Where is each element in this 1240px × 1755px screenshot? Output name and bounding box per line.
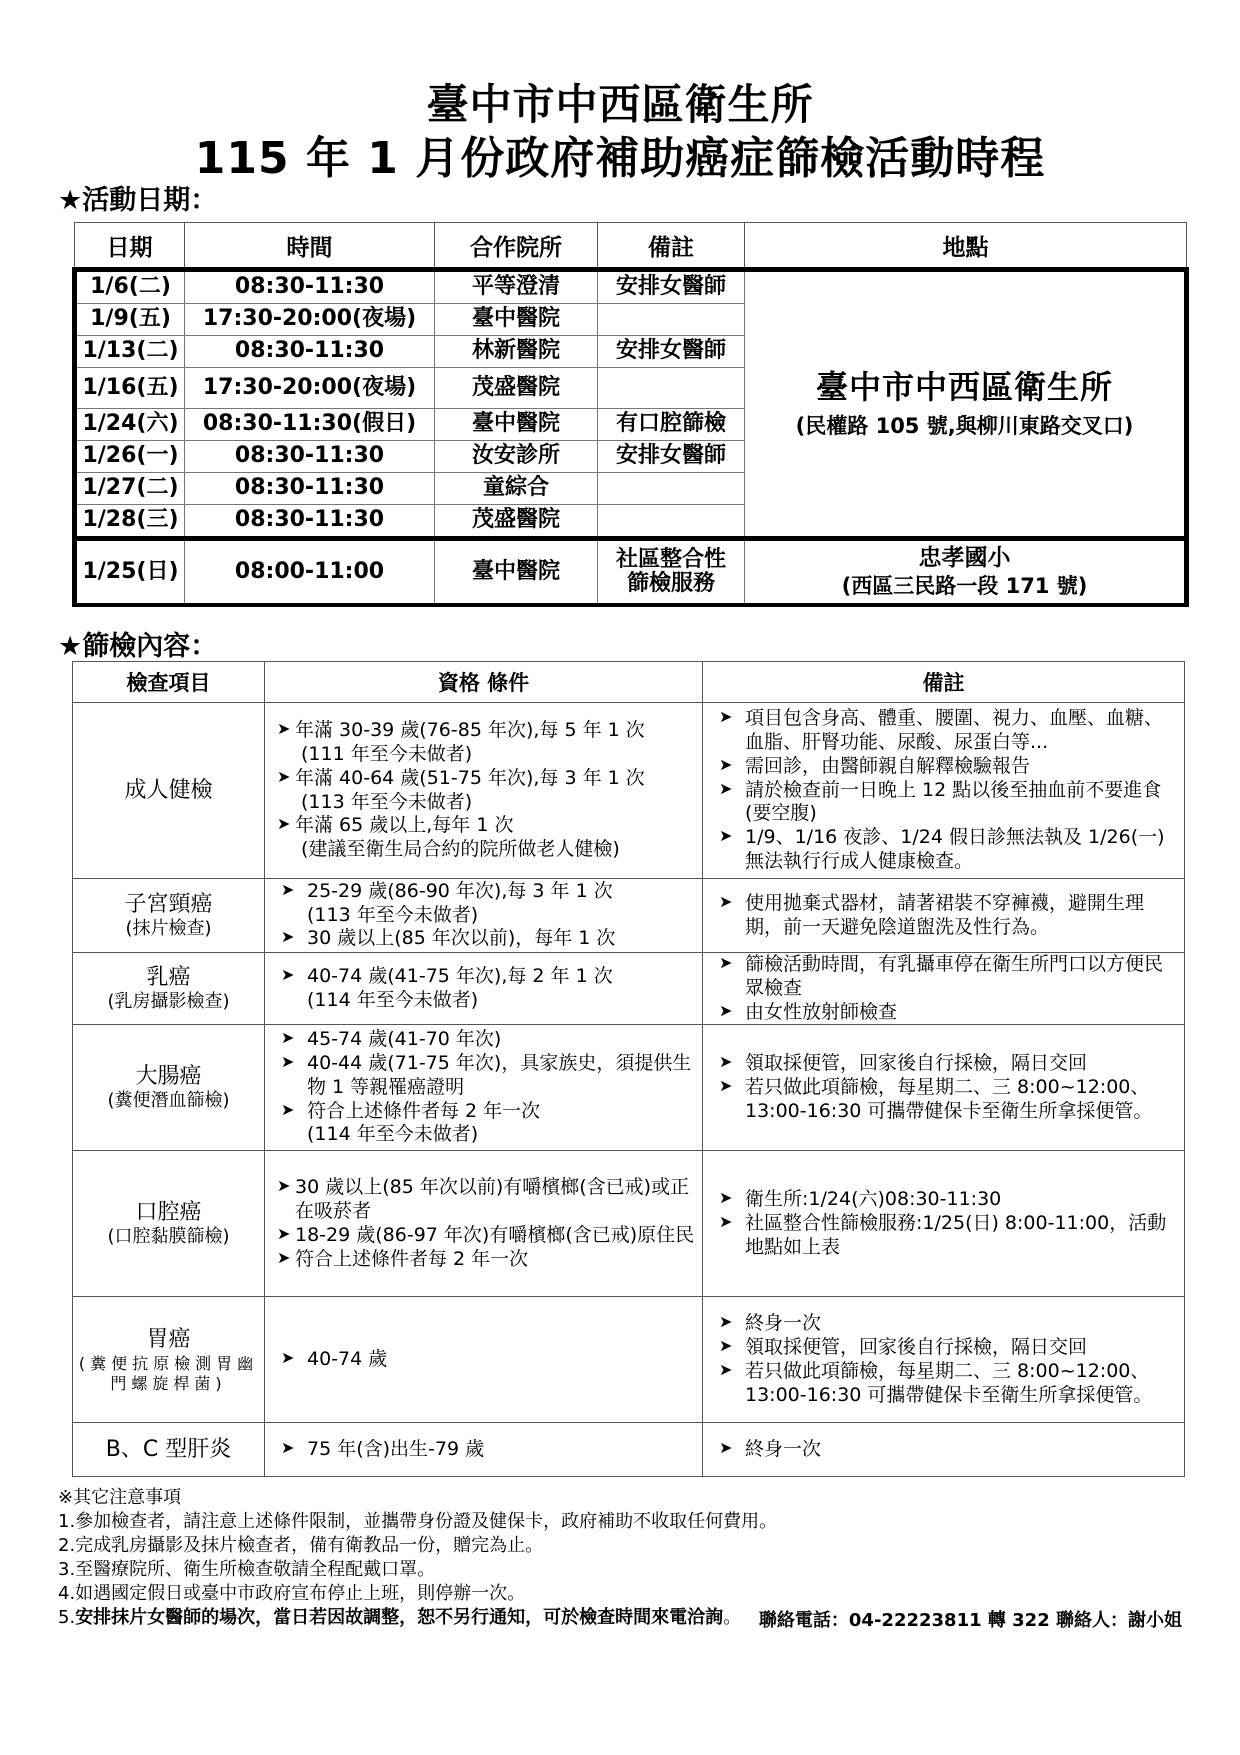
arrowhead-bullet-icon: ➤ <box>277 814 290 834</box>
item-name: B、C 型肝炎 <box>106 1437 231 1462</box>
location-name: 忠孝國小 <box>745 546 1184 571</box>
note-item: ➤由女性放射師檢查 <box>715 1001 1178 1025</box>
date-cell: 1/28(三) <box>75 505 185 539</box>
conditions-cell: ➤75 年(含)出生-79 歲 <box>265 1423 703 1477</box>
location-cell-community: 忠孝國小 (西區三民路一段 171 號) <box>745 539 1187 606</box>
item-method: (糞便抗原檢測胃幽門螺旋桿菌) <box>73 1354 264 1394</box>
item-method: (乳房攝影檢查) <box>73 991 264 1014</box>
col-header-time: 時間 <box>185 223 435 270</box>
condition-item: ➤45-74 歲(41-70 年次) <box>277 1028 696 1052</box>
arrowhead-bullet-icon: ➤ <box>281 927 294 947</box>
partner-cell: 平等澄清 <box>435 270 598 304</box>
location-address: (民權路 105 號,與柳川東路交叉口) <box>745 415 1184 438</box>
item-name: 乳癌 <box>146 965 190 990</box>
condition-item: ➤年滿 40-64 歲(51-75 年次),每 3 年 1 次(113 年至今未… <box>277 767 696 815</box>
arrowhead-bullet-icon: ➤ <box>719 1336 732 1356</box>
item-name: 子宮頸癌 <box>124 892 212 917</box>
note-cell: 有口腔篩檢 <box>598 409 745 441</box>
time-cell: 08:30-11:30(假日) <box>185 409 435 441</box>
item-cell: 成人健檢 <box>73 703 265 879</box>
partner-cell: 臺中醫院 <box>435 409 598 441</box>
condition-item: ➤30 歲以上(85 年次以前)有嚼檳榔(含已戒)或正在吸菸者 <box>277 1176 696 1224</box>
time-cell: 08:30-11:30 <box>185 270 435 304</box>
time-cell: 08:00-11:00 <box>185 539 435 606</box>
note-item: ➤領取採便管，回家後自行採檢，隔日交回 <box>715 1052 1178 1076</box>
schedule-header-row: 日期 時間 合作院所 備註 地點 <box>75 223 1187 270</box>
arrowhead-bullet-icon: ➤ <box>719 1188 732 1208</box>
arrowhead-bullet-icon: ➤ <box>277 1224 290 1244</box>
other-note-item-5: 5.安排抹片女醫師的場次，當日若因故調整，恕不另行通知，可於檢查時間來電洽詢。 <box>58 1606 777 1630</box>
item-cell: 口腔癌(口腔黏膜篩檢) <box>73 1151 265 1297</box>
schedule-row-community: 1/25(日) 08:00-11:00 臺中醫院 社區整合性 篩檢服務 忠孝國小… <box>75 539 1187 606</box>
arrowhead-bullet-icon: ➤ <box>281 965 294 985</box>
note-cell: 安排女醫師 <box>598 336 745 368</box>
note-item: ➤項目包含身高、體重、腰圍、視力、血壓、血糖、血脂、肝腎功能、尿酸、尿蛋白等..… <box>715 707 1178 755</box>
content-row-cervical-cancer: 子宮頸癌(抹片檢查) ➤25-29 歲(86-90 年次),每 3 年 1 次(… <box>73 879 1185 953</box>
content-row-colorectal-cancer: 大腸癌(糞便潛血篩檢) ➤45-74 歲(41-70 年次) ➤40-44 歲(… <box>73 1025 1185 1151</box>
date-cell: 1/13(二) <box>75 336 185 368</box>
note-line: 社區整合性 <box>598 548 744 572</box>
partner-cell: 茂盛醫院 <box>435 505 598 539</box>
content-row-adult-checkup: 成人健檢 ➤年滿 30-39 歲(76-85 年次),每 5 年 1 次(111… <box>73 703 1185 879</box>
notes-cell: ➤項目包含身高、體重、腰圍、視力、血壓、血糖、血脂、肝腎功能、尿酸、尿蛋白等..… <box>703 703 1185 879</box>
date-cell: 1/24(六) <box>75 409 185 441</box>
conditions-cell: ➤40-74 歲(41-75 年次),每 2 年 1 次(114 年至今未做者) <box>265 953 703 1025</box>
note-item: ➤若只做此項篩檢，每星期二、三 8:00~12:00、13:00-16:30 可… <box>715 1360 1178 1408</box>
note-cell: 安排女醫師 <box>598 270 745 304</box>
time-cell: 08:30-11:30 <box>185 441 435 473</box>
time-cell: 17:30-20:00(夜場) <box>185 304 435 336</box>
condition-item: ➤18-29 歲(86-97 年次)有嚼檳榔(含已戒)原住民 <box>277 1224 696 1248</box>
arrowhead-bullet-icon: ➤ <box>719 953 732 973</box>
arrowhead-bullet-icon: ➤ <box>719 1212 732 1232</box>
item-cell: B、C 型肝炎 <box>73 1423 265 1477</box>
note-item: ➤社區整合性篩檢服務:1/25(日) 8:00-11:00，活動地點如上表 <box>715 1212 1178 1260</box>
note-item: ➤使用拋棄式器材，請著裙裝不穿褲襪，避開生理期，前一天避免陰道盥洗及性行為。 <box>715 892 1178 940</box>
note-cell: 安排女醫師 <box>598 441 745 473</box>
notes-cell: ➤衛生所:1/24(六)08:30-11:30 ➤社區整合性篩檢服務:1/25(… <box>703 1151 1185 1297</box>
date-cell: 1/16(五) <box>75 368 185 409</box>
arrowhead-bullet-icon: ➤ <box>719 1438 732 1458</box>
condition-item: ➤75 年(含)出生-79 歲 <box>277 1438 696 1462</box>
arrowhead-bullet-icon: ➤ <box>719 1360 732 1380</box>
arrowhead-bullet-icon: ➤ <box>719 779 732 799</box>
conditions-cell: ➤45-74 歲(41-70 年次) ➤40-44 歲(71-75 年次)，具家… <box>265 1025 703 1151</box>
partner-cell: 茂盛醫院 <box>435 368 598 409</box>
col-header-conditions: 資格 條件 <box>265 662 703 703</box>
note-cell <box>598 368 745 409</box>
arrowhead-bullet-icon: ➤ <box>281 1100 294 1120</box>
item-name: 口腔癌 <box>135 1200 201 1225</box>
arrowhead-bullet-icon: ➤ <box>281 880 294 900</box>
other-note-item: 4.如遇國定假日或臺中市政府宣布停止上班，則停辦一次。 <box>58 1582 777 1606</box>
item-cell: 乳癌(乳房攝影檢查) <box>73 953 265 1025</box>
item-method: (口腔黏膜篩檢) <box>73 1226 264 1249</box>
item-method: (糞便潛血篩檢) <box>73 1090 264 1113</box>
partner-cell: 汝安診所 <box>435 441 598 473</box>
arrowhead-bullet-icon: ➤ <box>281 1028 294 1048</box>
content-section-heading: ★篩檢內容： <box>58 624 217 663</box>
location-address: (西區三民路一段 171 號) <box>745 575 1184 598</box>
other-note-item: 3.至醫療院所、衛生所檢查敬請全程配戴口罩。 <box>58 1558 777 1582</box>
arrowhead-bullet-icon: ➤ <box>719 892 732 912</box>
condition-item: ➤40-74 歲(41-75 年次),每 2 年 1 次(114 年至今未做者) <box>277 965 696 1013</box>
page-title-schedule: 115 年 1 月份政府補助癌症篩檢活動時程 <box>0 122 1240 186</box>
content-row-hepatitis: B、C 型肝炎 ➤75 年(含)出生-79 歲 ➤終身一次 <box>73 1423 1185 1477</box>
conditions-cell: ➤25-29 歲(86-90 年次),每 3 年 1 次(113 年至今未做者)… <box>265 879 703 953</box>
time-cell: 08:30-11:30 <box>185 473 435 505</box>
col-header-location: 地點 <box>745 223 1187 270</box>
other-notes: ※其它注意事項 1.參加檢查者，請注意上述條件限制，並攜帶身份證及健保卡，政府補… <box>58 1486 777 1630</box>
arrowhead-bullet-icon: ➤ <box>719 826 732 846</box>
date-cell: 1/6(二) <box>75 270 185 304</box>
arrowhead-bullet-icon: ➤ <box>719 1052 732 1072</box>
item-cell: 子宮頸癌(抹片檢查) <box>73 879 265 953</box>
note-line: 篩檢服務 <box>598 572 744 596</box>
arrowhead-bullet-icon: ➤ <box>719 1076 732 1096</box>
notes-cell: ➤篩檢活動時間，有乳攝車停在衛生所門口以方便民眾檢查 ➤由女性放射師檢查 <box>703 953 1185 1025</box>
col-header-note: 備註 <box>598 223 745 270</box>
date-cell: 1/25(日) <box>75 539 185 606</box>
schedule-section-heading: ★活動日期： <box>58 178 217 217</box>
notes-cell: ➤使用拋棄式器材，請著裙裝不穿褲襪，避開生理期，前一天避免陰道盥洗及性行為。 <box>703 879 1185 953</box>
notes-cell: ➤終身一次 ➤領取採便管，回家後自行採檢，隔日交回 ➤若只做此項篩檢，每星期二、… <box>703 1297 1185 1423</box>
arrowhead-bullet-icon: ➤ <box>719 1001 732 1021</box>
date-cell: 1/27(二) <box>75 473 185 505</box>
location-name: 臺中市中西區衛生所 <box>745 370 1184 405</box>
note-cell <box>598 304 745 336</box>
condition-item: ➤年滿 65 歲以上,每年 1 次(建議至衛生局合約的院所做老人健檢) <box>277 814 696 862</box>
note-item: ➤需回診，由醫師親自解釋檢驗報告 <box>715 755 1178 779</box>
arrowhead-bullet-icon: ➤ <box>277 1248 290 1268</box>
condition-item: ➤25-29 歲(86-90 年次),每 3 年 1 次(113 年至今未做者) <box>277 880 696 928</box>
screening-content-table: 檢查項目 資格 條件 備註 成人健檢 ➤年滿 30-39 歲(76-85 年次)… <box>72 661 1185 1477</box>
content-header-row: 檢查項目 資格 條件 備註 <box>73 662 1185 703</box>
note-item: ➤篩檢活動時間，有乳攝車停在衛生所門口以方便民眾檢查 <box>715 953 1178 1001</box>
location-cell-main: 臺中市中西區衛生所 (民權路 105 號,與柳川東路交叉口) <box>745 270 1187 539</box>
content-row-breast-cancer: 乳癌(乳房攝影檢查) ➤40-74 歲(41-75 年次),每 2 年 1 次(… <box>73 953 1185 1025</box>
time-cell: 08:30-11:30 <box>185 336 435 368</box>
note-item: ➤終身一次 <box>715 1312 1178 1336</box>
schedule-row: 1/6(二) 08:30-11:30 平等澄清 安排女醫師 臺中市中西區衛生所 … <box>75 270 1187 304</box>
partner-cell: 臺中醫院 <box>435 539 598 606</box>
arrowhead-bullet-icon: ➤ <box>719 707 732 727</box>
arrowhead-bullet-icon: ➤ <box>281 1348 294 1368</box>
schedule-table: 日期 時間 合作院所 備註 地點 1/6(二) 08:30-11:30 平等澄清… <box>72 222 1189 607</box>
contact-info: 聯絡電話：04-22223811 轉 322 聯絡人：謝小姐 <box>759 1606 1182 1632</box>
col-header-partner: 合作院所 <box>435 223 598 270</box>
item-cell: 大腸癌(糞便潛血篩檢) <box>73 1025 265 1151</box>
other-notes-heading: ※其它注意事項 <box>58 1486 777 1510</box>
partner-cell: 童綜合 <box>435 473 598 505</box>
date-cell: 1/26(一) <box>75 441 185 473</box>
item-cell: 胃癌(糞便抗原檢測胃幽門螺旋桿菌) <box>73 1297 265 1423</box>
notes-cell: ➤終身一次 <box>703 1423 1185 1477</box>
item-method: (抹片檢查) <box>73 918 264 941</box>
conditions-cell: ➤40-74 歲 <box>265 1297 703 1423</box>
conditions-cell: ➤年滿 30-39 歲(76-85 年次),每 5 年 1 次(111 年至今未… <box>265 703 703 879</box>
note-item: ➤終身一次 <box>715 1438 1178 1462</box>
arrowhead-bullet-icon: ➤ <box>281 1052 294 1072</box>
partner-cell: 林新醫院 <box>435 336 598 368</box>
item-name: 成人健檢 <box>124 778 212 803</box>
condition-item: ➤40-44 歲(71-75 年次)，具家族史，須提供生物 1 等親罹癌證明 <box>277 1052 696 1100</box>
item-name: 大腸癌 <box>135 1064 201 1089</box>
content-row-oral-cancer: 口腔癌(口腔黏膜篩檢) ➤30 歲以上(85 年次以前)有嚼檳榔(含已戒)或正在… <box>73 1151 1185 1297</box>
note-item: ➤衛生所:1/24(六)08:30-11:30 <box>715 1188 1178 1212</box>
col-header-notes: 備註 <box>703 662 1185 703</box>
condition-item: ➤年滿 30-39 歲(76-85 年次),每 5 年 1 次(111 年至今未… <box>277 719 696 767</box>
arrowhead-bullet-icon: ➤ <box>277 767 290 787</box>
note-item: ➤若只做此項篩檢，每星期二、三 8:00~12:00、13:00-16:30 可… <box>715 1076 1178 1124</box>
time-cell: 17:30-20:00(夜場) <box>185 368 435 409</box>
other-note-item: 2.完成乳房攝影及抹片檢查者，備有衛教品一份，贈完為止。 <box>58 1534 777 1558</box>
condition-item: ➤符合上述條件者每 2 年一次(114 年至今未做者) <box>277 1100 696 1148</box>
partner-cell: 臺中醫院 <box>435 304 598 336</box>
item-name: 胃癌 <box>146 1327 190 1352</box>
col-header-date: 日期 <box>75 223 185 270</box>
notes-cell: ➤領取採便管，回家後自行採檢，隔日交回 ➤若只做此項篩檢，每星期二、三 8:00… <box>703 1025 1185 1151</box>
other-note-item: 1.參加檢查者，請注意上述條件限制，並攜帶身份證及健保卡，政府補助不收取任何費用… <box>58 1510 777 1534</box>
arrowhead-bullet-icon: ➤ <box>277 1176 290 1196</box>
condition-item: ➤30 歲以上(85 年次以前)，每年 1 次 <box>277 927 696 951</box>
arrowhead-bullet-icon: ➤ <box>277 719 290 739</box>
col-header-item: 檢查項目 <box>73 662 265 703</box>
conditions-cell: ➤30 歲以上(85 年次以前)有嚼檳榔(含已戒)或正在吸菸者 ➤18-29 歲… <box>265 1151 703 1297</box>
note-cell <box>598 473 745 505</box>
condition-item: ➤符合上述條件者每 2 年一次 <box>277 1248 696 1272</box>
arrowhead-bullet-icon: ➤ <box>719 1312 732 1332</box>
note-cell <box>598 505 745 539</box>
note-item: ➤請於檢查前一日晚上 12 點以後至抽血前不要進食(要空腹) <box>715 779 1178 827</box>
time-cell: 08:30-11:30 <box>185 505 435 539</box>
condition-item: ➤40-74 歲 <box>277 1348 696 1372</box>
note-item: ➤領取採便管，回家後自行採檢，隔日交回 <box>715 1336 1178 1360</box>
arrowhead-bullet-icon: ➤ <box>719 755 732 775</box>
note-item: ➤1/9、1/16 夜診、1/24 假日診無法執及 1/26(一)無法執行行成人… <box>715 826 1178 874</box>
note-cell: 社區整合性 篩檢服務 <box>598 539 745 606</box>
arrowhead-bullet-icon: ➤ <box>281 1438 294 1458</box>
content-row-gastric-cancer: 胃癌(糞便抗原檢測胃幽門螺旋桿菌) ➤40-74 歲 ➤終身一次 ➤領取採便管，… <box>73 1297 1185 1423</box>
date-cell: 1/9(五) <box>75 304 185 336</box>
